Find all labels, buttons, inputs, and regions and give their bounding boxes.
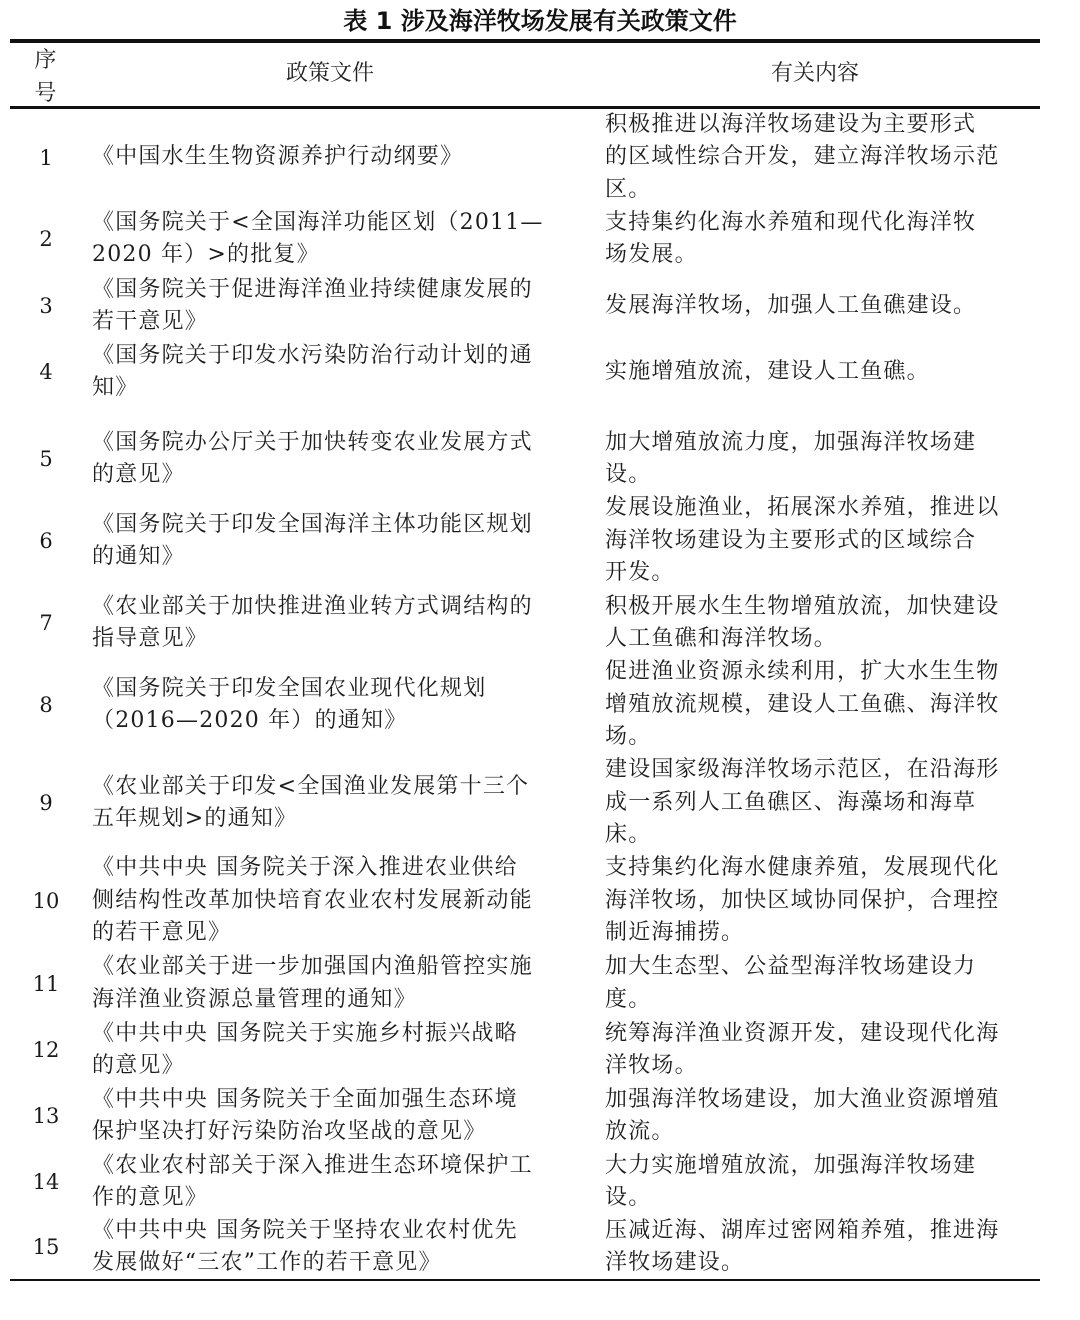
row-number: 4 bbox=[28, 339, 64, 405]
row-number: 1 bbox=[28, 110, 64, 205]
related-content: 发展设施渔业，拓展深水养殖，推进以 海洋牧场建设为主要形式的区域综合 开发。 bbox=[605, 492, 999, 590]
table-row: 10 《中共中央 国务院关于深入推进农业供给 侧结构性改革加快培育农业农村发展新… bbox=[10, 852, 1040, 950]
related-content: 加大生态型、公益型海洋牧场建设力 度。 bbox=[605, 951, 976, 1016]
table-row: 12 《中共中央 国务院关于实施乡村振兴战略 的意见》 统筹海洋渔业资源开发，建… bbox=[10, 1017, 1040, 1083]
related-content: 实施增殖放流，建设人工鱼礁。 bbox=[605, 356, 930, 389]
policy-document: 《农业部关于印发<全国渔业发展第十三个 五年规划>的通知》 bbox=[92, 771, 529, 836]
header-policy-document: 政策文件 bbox=[200, 58, 460, 90]
table-title: 表 1 涉及海洋牧场发展有关政策文件 bbox=[0, 4, 1080, 38]
policy-document: 《中共中央 国务院关于实施乡村振兴战略 的意见》 bbox=[92, 1018, 518, 1083]
table-row: 8 《国务院关于印发全国农业现代化规划 （2016—2020 年）的通知》 促进… bbox=[10, 656, 1040, 754]
table-row: 2 《国务院关于<全国海洋功能区划（2011— 2020 年）>的批复》 支持集… bbox=[10, 205, 1040, 273]
related-content: 促进渔业资源永续利用，扩大水生生物 增殖放流规模，建设人工鱼礁、海洋牧 场。 bbox=[605, 656, 999, 754]
table-row: 4 《国务院关于印发水污染防治行动计划的通 知》 实施增殖放流，建设人工鱼礁。 bbox=[10, 339, 1040, 405]
row-number: 11 bbox=[28, 950, 64, 1017]
related-content: 支持集约化海水健康养殖，发展现代化 海洋牧场，加快区域协同保护，合理控 制近海捕… bbox=[605, 852, 999, 950]
related-content: 发展海洋牧场，加强人工鱼礁建设。 bbox=[605, 290, 976, 323]
related-content: 建设国家级海洋牧场示范区，在沿海形 成一系列人工鱼礁区、海藻场和海草 床。 bbox=[605, 754, 999, 852]
header-serial-number: 序 号 bbox=[30, 45, 62, 110]
table-row: 14 《农业农村部关于深入推进生态环境保护工 作的意见》 大力实施增殖放流，加强… bbox=[10, 1149, 1040, 1215]
table-top-rule bbox=[10, 39, 1040, 43]
table-row: 6 《国务院关于印发全国海洋主体功能区规划 的通知》 发展设施渔业，拓展深水养殖… bbox=[10, 492, 1040, 590]
policy-document: 《中共中央 国务院关于深入推进农业供给 侧结构性改革加快培育农业农村发展新动能 … bbox=[92, 852, 533, 950]
policy-document: 《农业农村部关于深入推进生态环境保护工 作的意见》 bbox=[92, 1150, 533, 1215]
policy-document: 《农业部关于加快推进渔业转方式调结构的 指导意见》 bbox=[92, 591, 533, 656]
row-number: 5 bbox=[28, 415, 64, 503]
policy-document: 《国务院关于印发水污染防治行动计划的通 知》 bbox=[92, 340, 533, 405]
table-row: 13 《中共中央 国务院关于全面加强生态环境 保护坚决打好污染防治攻坚战的意见》… bbox=[10, 1083, 1040, 1149]
policy-document: 《中国水生生物资源养护行动纲要》 bbox=[92, 141, 463, 174]
related-content: 压减近海、湖库过密网箱养殖，推进海 洋牧场建设。 bbox=[605, 1215, 999, 1280]
policy-document: 《国务院关于印发全国农业现代化规划 （2016—2020 年）的通知》 bbox=[92, 673, 486, 738]
row-number: 6 bbox=[28, 492, 64, 590]
related-content: 积极推进以海洋牧场建设为主要形式 的区域性综合开发，建立海洋牧场示范 区。 bbox=[605, 109, 999, 207]
policy-document: 《国务院办公厅关于加快转变农业发展方式 的意见》 bbox=[92, 427, 533, 492]
related-content: 加强海洋牧场建设，加大渔业资源增殖 放流。 bbox=[605, 1084, 999, 1149]
policy-document: 《中共中央 国务院关于坚持农业农村优先 发展做好“三农”工作的若干意见》 bbox=[92, 1215, 518, 1280]
row-number: 9 bbox=[28, 754, 64, 852]
row-number: 14 bbox=[28, 1149, 64, 1215]
row-number: 3 bbox=[28, 273, 64, 339]
row-number: 8 bbox=[28, 656, 64, 754]
row-number: 7 bbox=[28, 590, 64, 656]
policy-document: 《农业部关于进一步加强国内渔船管控实施 海洋渔业资源总量管理的通知》 bbox=[92, 951, 533, 1016]
row-number: 2 bbox=[28, 205, 64, 273]
row-number: 12 bbox=[28, 1017, 64, 1083]
header-related-content: 有关内容 bbox=[690, 58, 940, 90]
table-row: 9 《农业部关于印发<全国渔业发展第十三个 五年规划>的通知》 建设国家级海洋牧… bbox=[10, 754, 1040, 852]
table-row: 11 《农业部关于进一步加强国内渔船管控实施 海洋渔业资源总量管理的通知》 加大… bbox=[10, 950, 1040, 1017]
related-content: 积极开展水生生物增殖放流，加快建设 人工鱼礁和海洋牧场。 bbox=[605, 591, 999, 656]
policy-document: 《国务院关于印发全国海洋主体功能区规划 的通知》 bbox=[92, 509, 533, 574]
table-row: 15 《中共中央 国务院关于坚持农业农村优先 发展做好“三农”工作的若干意见》 … bbox=[10, 1214, 1040, 1280]
row-number: 10 bbox=[28, 852, 64, 950]
related-content: 支持集约化海水养殖和现代化海洋牧 场发展。 bbox=[605, 207, 976, 272]
related-content: 加大增殖放流力度，加强海洋牧场建 设。 bbox=[605, 427, 976, 492]
policy-document: 《中共中央 国务院关于全面加强生态环境 保护坚决打好污染防治攻坚战的意见》 bbox=[92, 1084, 518, 1149]
table-row: 1 《中国水生生物资源养护行动纲要》 积极推进以海洋牧场建设为主要形式 的区域性… bbox=[10, 110, 1040, 205]
policy-document: 《国务院关于促进海洋渔业持续健康发展的 若干意见》 bbox=[92, 274, 533, 339]
table-row: 3 《国务院关于促进海洋渔业持续健康发展的 若干意见》 发展海洋牧场，加强人工鱼… bbox=[10, 273, 1040, 339]
row-number: 13 bbox=[28, 1083, 64, 1149]
policy-document: 《国务院关于<全国海洋功能区划（2011— 2020 年）>的批复》 bbox=[92, 207, 544, 272]
related-content: 统筹海洋渔业资源开发，建设现代化海 洋牧场。 bbox=[605, 1018, 999, 1083]
table-bottom-rule bbox=[10, 1279, 1040, 1281]
row-number: 15 bbox=[28, 1214, 64, 1280]
table-row: 5 《国务院办公厅关于加快转变农业发展方式 的意见》 加大增殖放流力度，加强海洋… bbox=[10, 415, 1040, 503]
table-row: 7 《农业部关于加快推进渔业转方式调结构的 指导意见》 积极开展水生生物增殖放流… bbox=[10, 590, 1040, 656]
related-content: 大力实施增殖放流，加强海洋牧场建 设。 bbox=[605, 1150, 976, 1215]
